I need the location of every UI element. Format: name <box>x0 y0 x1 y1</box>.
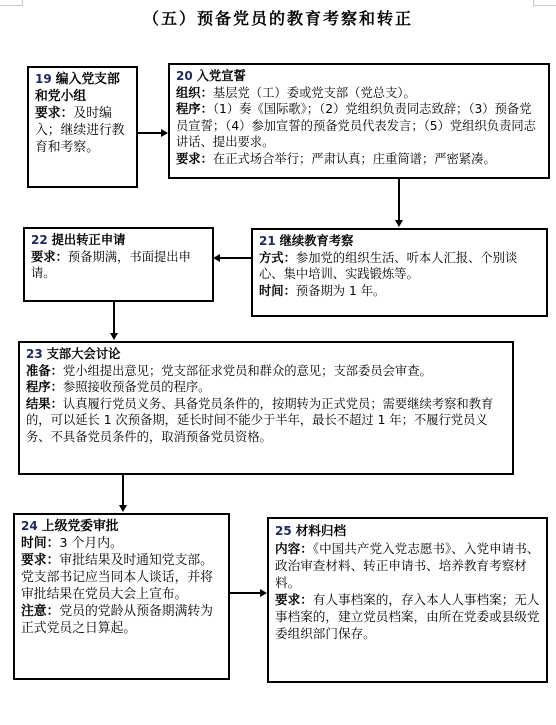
step-25-box: 25 材料归档 内容：《中国共产党入党志愿书》、入党申请书、政治审查材料、转正申… <box>267 517 548 683</box>
arrowhead-right-icon <box>161 129 168 137</box>
field-label: 程序： <box>26 380 63 394</box>
step-21-line-1: 时间：预备期为 1 年。 <box>259 283 540 300</box>
step-22-line-0: 要求：预备期满，书面提出申请。 <box>31 249 206 282</box>
step-heading: 上级党委审批 <box>42 519 119 534</box>
arrowhead-left-icon <box>213 254 220 262</box>
step-19-box: 19 编入党支部和党小组 要求：及时编入；继续进行教育和考察。 <box>27 66 138 188</box>
step-20-line-2: 要求：在正式场合举行；严肃认真；庄重简谱；严密紧凑。 <box>176 151 542 168</box>
step-25-line-1: 要求：有人事档案的，存入本人人事档案；无人事档案的，建立党员档案，由所在党委或县… <box>275 591 540 642</box>
step-21-box: 21 继续教育考察 方式：参加党的组织生活、听本人汇报、个别谈心、集中培训、实践… <box>251 228 548 317</box>
field-label: 方式： <box>259 251 296 265</box>
step-24-line-0: 时间：3 个月内。 <box>21 535 222 552</box>
step-number: 22 <box>31 233 48 247</box>
field-text: 认真履行党员义务、具备党员条件的，按期转为正式党员；需要继续考察和教育的，可以延… <box>26 397 493 444</box>
step-24-header: 24 上级党委审批 <box>21 518 222 535</box>
field-text: 3 个月内。 <box>59 536 122 551</box>
step-20-line-1: 程序：（1）奏《国际歌》；（2）党组织负责同志致辞；（3）预备党员宣誓；（4）参… <box>176 101 542 151</box>
step-25-header: 25 材料归档 <box>275 522 540 540</box>
step-19-header: 19 编入党支部和党小组 <box>35 71 130 105</box>
field-label: 注意： <box>21 604 59 619</box>
step-24-line-2: 注意：党员的党龄从预备期满转为正式党员之日算起。 <box>21 603 222 637</box>
field-text: 党小组提出意见；党支部征求党员和群众的意见；支部委员会审查。 <box>63 364 432 378</box>
step-number: 24 <box>21 519 38 533</box>
step-number: 20 <box>176 69 193 83</box>
step-24-line-1: 要求：审批结果及时通知党支部。党支部书记应当同本人谈话，并将审批结果在党员大会上… <box>21 552 222 603</box>
arrowhead-down-icon <box>395 220 403 227</box>
step-number: 19 <box>35 72 52 86</box>
step-20-line-0: 组织：基层党（工）委或党支部（党总支）。 <box>176 85 542 102</box>
step-23-line-1: 程序：参照接收预备党员的程序。 <box>26 379 506 396</box>
field-text: 参照接收预备党员的程序。 <box>63 380 211 394</box>
field-label: 结果： <box>26 397 63 411</box>
step-heading: 提出转正申请 <box>52 233 126 247</box>
connector-21-22 <box>220 257 251 259</box>
field-label: 要求： <box>176 152 213 166</box>
step-20-box: 20 入党宣誓 组织：基层党（工）委或党支部（党总支）。 程序：（1）奏《国际歌… <box>168 63 550 179</box>
field-label: 组织： <box>176 86 213 100</box>
diagram-title: （五）预备党员的教育考察和转正 <box>0 6 556 29</box>
step-heading: 支部大会讨论 <box>47 347 121 361</box>
step-22-header: 22 提出转正申请 <box>31 232 206 249</box>
step-19-line-0: 要求：及时编入；继续进行教育和考察。 <box>35 105 130 156</box>
step-heading: 材料归档 <box>296 523 346 538</box>
field-label: 要求： <box>21 553 59 568</box>
field-label: 内容： <box>275 541 313 556</box>
field-label: 时间： <box>259 284 296 298</box>
step-number: 21 <box>259 234 276 248</box>
connector-20-21 <box>398 179 400 221</box>
step-21-line-0: 方式：参加党的组织生活、听本人汇报、个别谈心、集中培训、实践锻炼等。 <box>259 250 540 283</box>
connector-24-25 <box>230 592 261 594</box>
field-text: （1）奏《国际歌》；（2）党组织负责同志致辞；（3）预备党员宣誓；（4）参加宣誓… <box>176 102 536 149</box>
field-text: 在正式场合举行；严肃认真；庄重简谱；严密紧凑。 <box>213 152 496 166</box>
field-text: 有人事档案的，存入本人人事档案；无人事档案的，建立党员档案，由所在党委或县级党委… <box>275 592 539 641</box>
step-heading: 入党宣誓 <box>197 69 246 83</box>
field-text: 参加党的组织生活、听本人汇报、个别谈心、集中培训、实践锻炼等。 <box>259 251 517 282</box>
field-label: 要求： <box>31 250 68 264</box>
step-25-line-0: 内容：《中国共产党入党志愿书》、入党申请书、政治审查材料、转正申请书、培养教育考… <box>275 540 540 591</box>
field-label: 要求： <box>35 106 73 121</box>
field-label: 时间： <box>21 536 59 551</box>
field-text: 基层党（工）委或党支部（党总支）。 <box>213 86 416 100</box>
field-text: 《中国共产党入党志愿书》、入党申请书、政治审查材料、转正申请书、培养教育考察材料… <box>275 541 539 590</box>
step-23-box: 23 支部大会讨论 准备：党小组提出意见；党支部征求党员和群众的意见；支部委员会… <box>18 341 514 475</box>
field-text: 预备期为 1 年。 <box>296 284 385 298</box>
arrowhead-down-icon <box>119 505 127 512</box>
step-heading: 继续教育考察 <box>280 234 354 248</box>
connector-23-24 <box>122 475 124 506</box>
arrowhead-right-icon <box>260 589 267 597</box>
field-label: 程序： <box>176 102 213 116</box>
step-23-line-0: 准备：党小组提出意见；党支部征求党员和群众的意见；支部委员会审查。 <box>26 363 506 380</box>
step-23-line-2: 结果：认真履行党员义务、具备党员条件的，按期转为正式党员；需要继续考察和教育的，… <box>26 396 506 446</box>
step-24-box: 24 上级党委审批 时间：3 个月内。 要求：审批结果及时通知党支部。党支部书记… <box>13 513 230 680</box>
arrowhead-down-icon <box>110 333 118 340</box>
step-number: 25 <box>275 524 292 538</box>
step-23-header: 23 支部大会讨论 <box>26 346 506 363</box>
connector-22-23 <box>113 302 115 334</box>
step-20-header: 20 入党宣誓 <box>176 68 542 85</box>
step-22-box: 22 提出转正申请 要求：预备期满，书面提出申请。 <box>23 227 214 302</box>
step-21-header: 21 继续教育考察 <box>259 233 540 250</box>
connector-19-20 <box>138 132 162 134</box>
field-label: 准备： <box>26 364 63 378</box>
step-number: 23 <box>26 347 43 361</box>
field-label: 要求： <box>275 592 313 607</box>
